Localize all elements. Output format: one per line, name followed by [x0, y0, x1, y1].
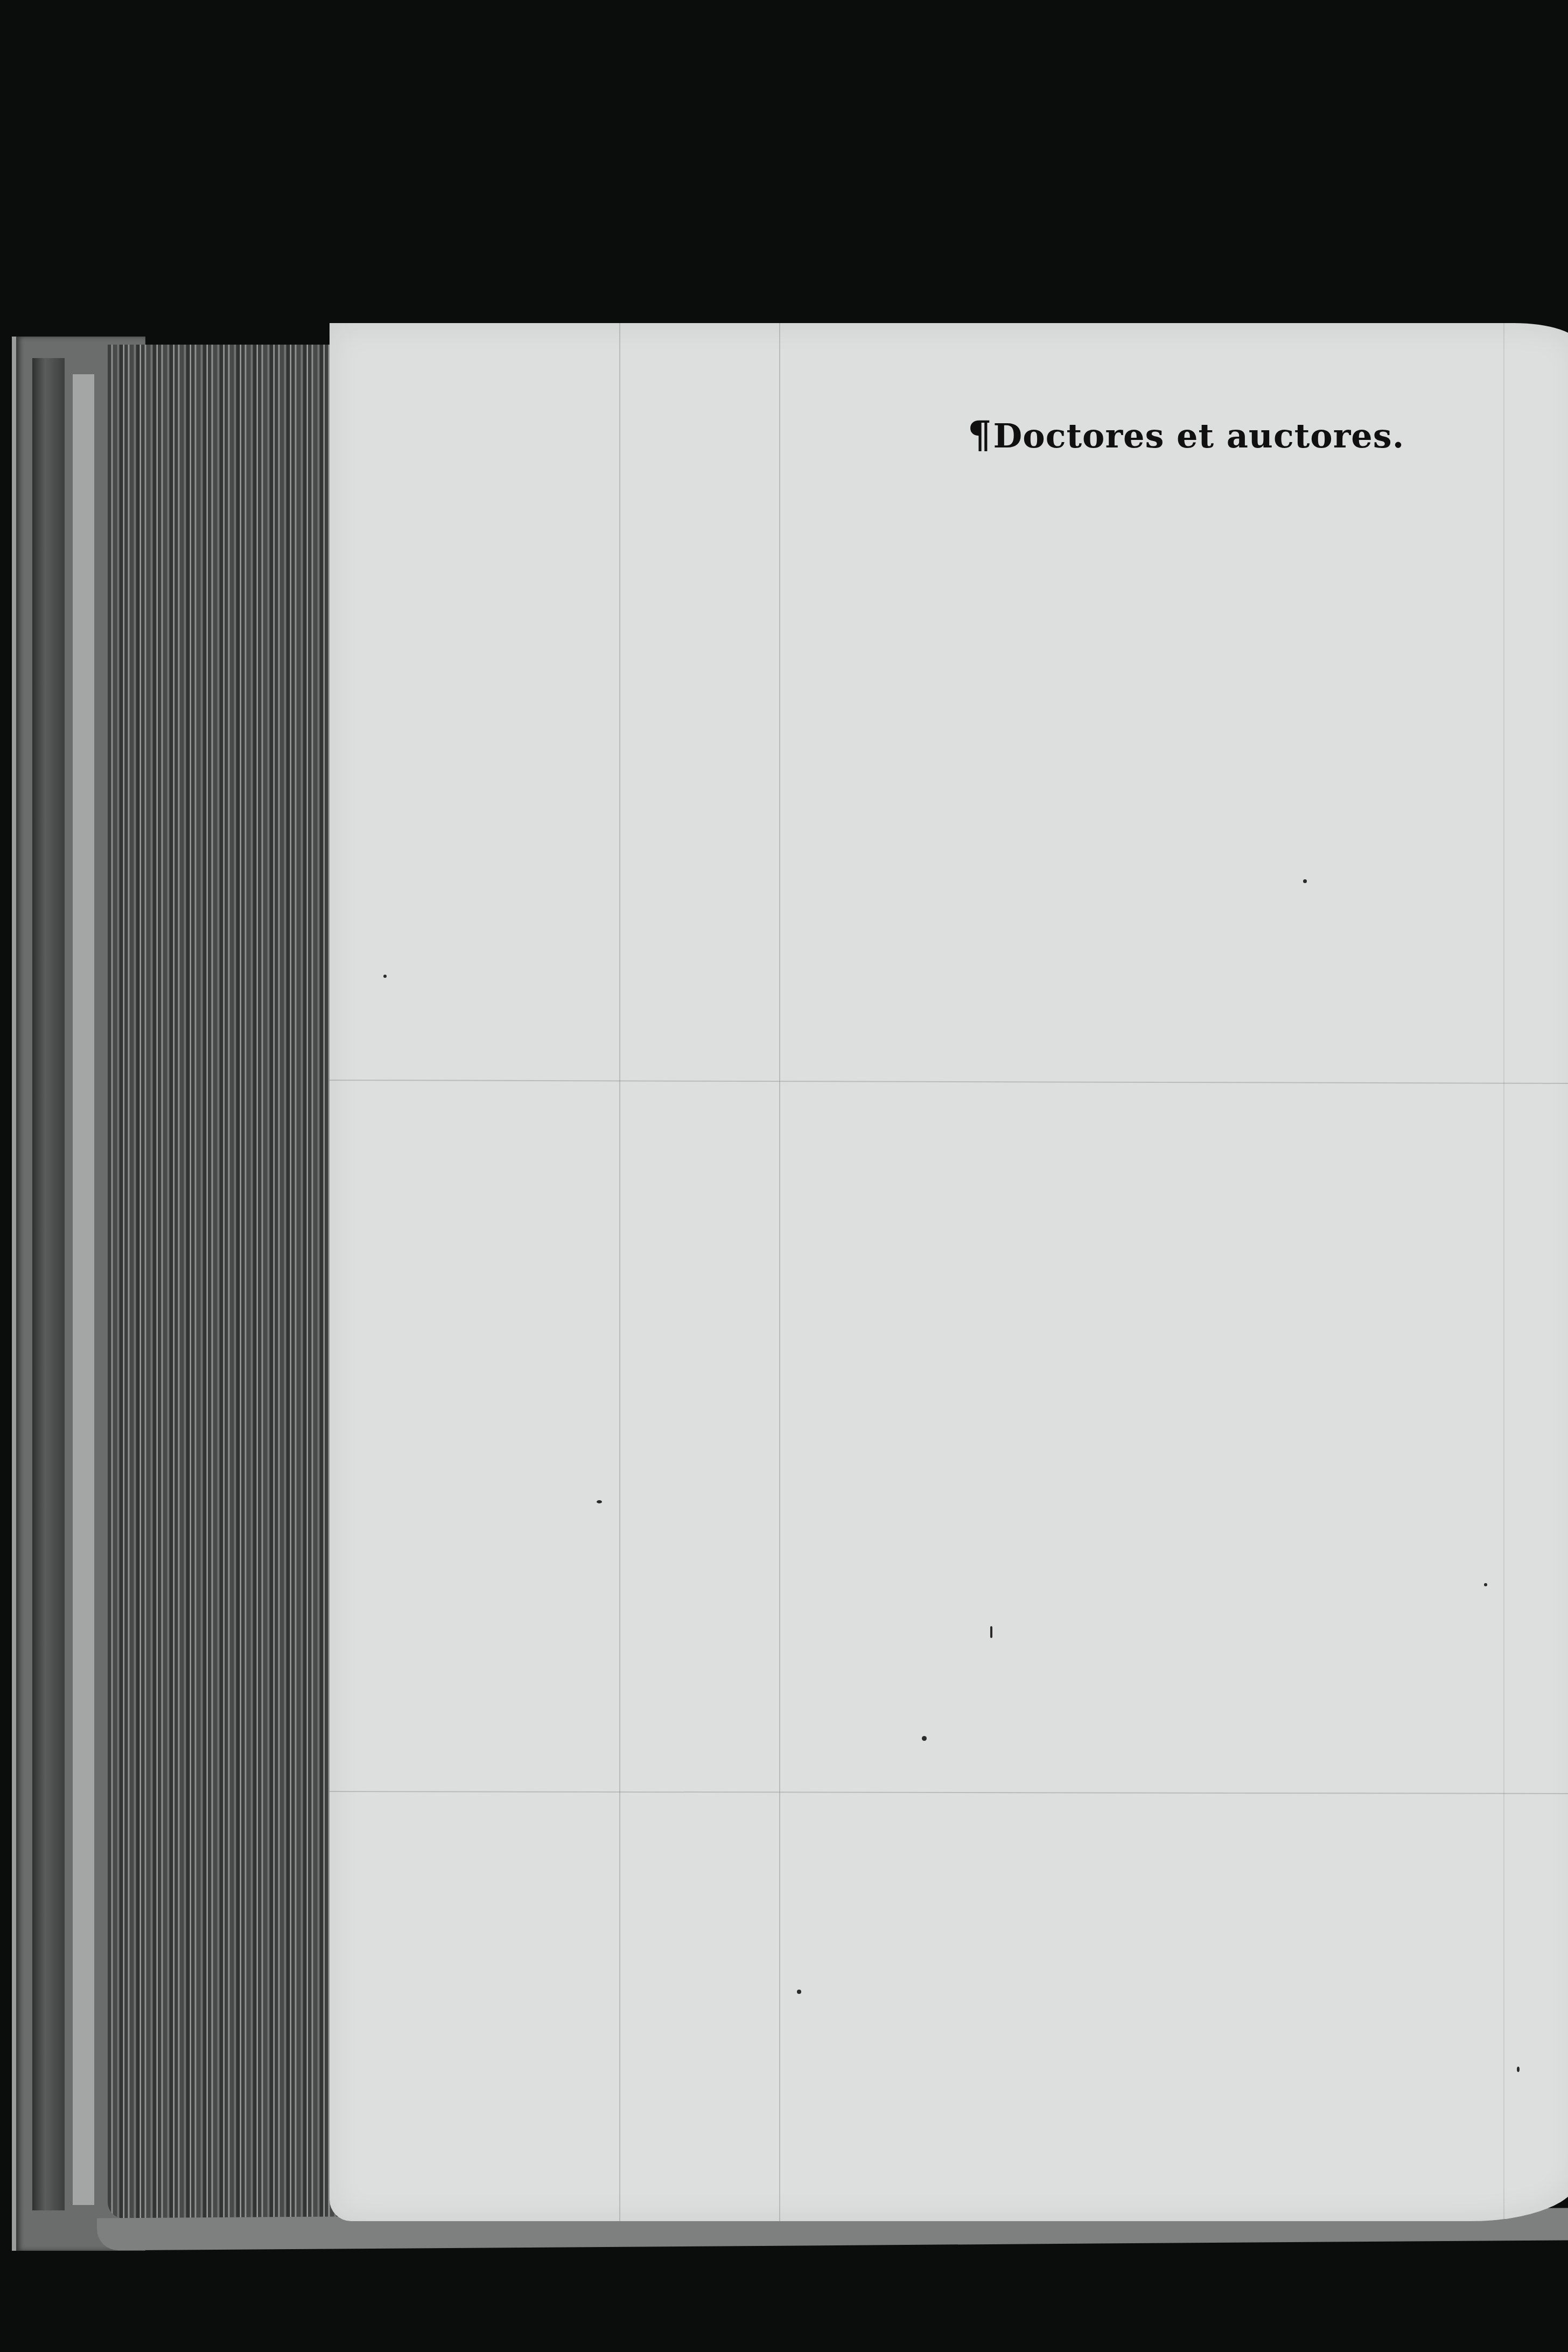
ink-speck — [1303, 879, 1307, 883]
ink-speck — [797, 1990, 801, 1994]
paragraph-mark-icon: ¶ — [968, 412, 992, 457]
running-head-text: Doctores et auctores. — [993, 416, 1405, 456]
ink-speck — [383, 975, 387, 978]
fold-line-vertical — [779, 323, 780, 2221]
fold-line-vertical — [619, 323, 620, 2221]
ink-speck — [922, 1736, 927, 1741]
fold-line-horizontal — [330, 1791, 1568, 1794]
cover-edge-strip — [73, 374, 94, 2205]
ink-speck — [1517, 2067, 1520, 2072]
cover-shadow — [32, 358, 65, 2210]
running-head: ¶Doctores et auctores. — [968, 412, 1404, 457]
page-block-fore-edge — [108, 345, 345, 2218]
fold-line-vertical — [1503, 323, 1504, 2221]
book-page: ¶Doctores et auctores. — [330, 323, 1568, 2221]
ink-speck — [1484, 1583, 1487, 1586]
fold-line-horizontal — [330, 1080, 1568, 1084]
ink-speck — [597, 1500, 602, 1503]
ink-speck — [990, 1626, 992, 1638]
